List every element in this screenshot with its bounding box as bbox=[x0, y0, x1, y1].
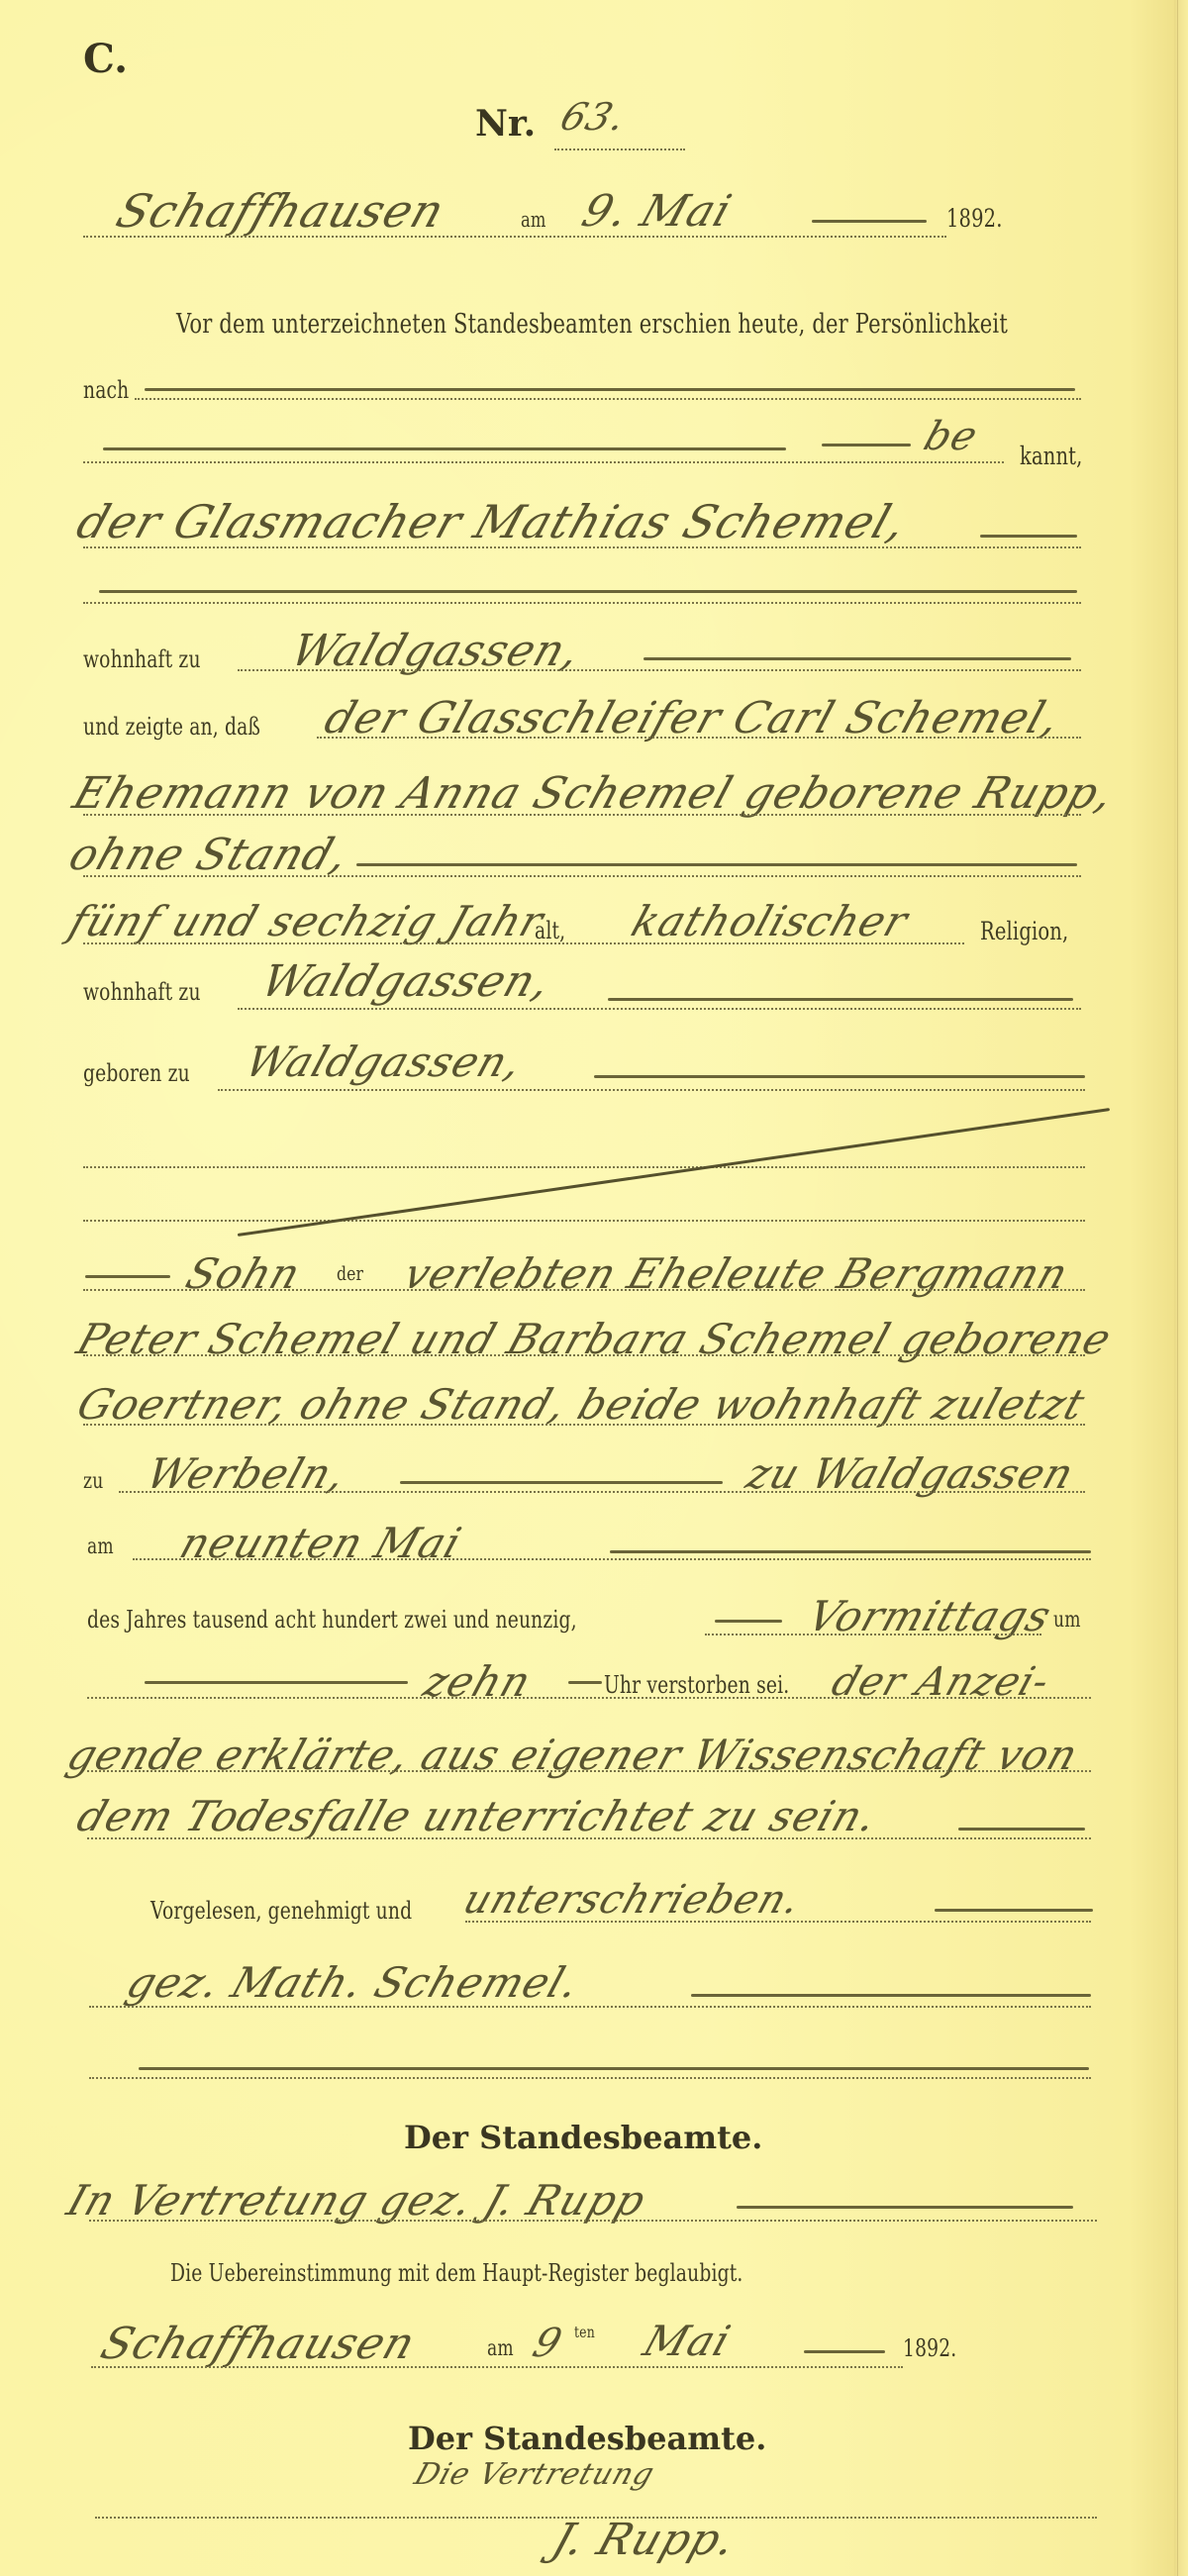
born-place-handwritten: Waldgassen, bbox=[240, 1038, 529, 1086]
deceased-residence-dotted bbox=[238, 1008, 1081, 1010]
religion-handwritten: katholischer bbox=[626, 897, 915, 945]
registrar-title: Der Standesbeamte. bbox=[404, 2119, 762, 2156]
number-dotted-line bbox=[554, 149, 685, 150]
zeigte-label: und zeigte an, daß bbox=[83, 713, 260, 741]
date-filler-rule bbox=[812, 220, 927, 223]
kannt-handwritten: be bbox=[919, 414, 984, 459]
um-label: um bbox=[1053, 1608, 1081, 1633]
cert-place-handwritten: Schaffhausen bbox=[95, 2319, 422, 2369]
time-dotted-line bbox=[705, 1634, 1041, 1635]
registrar-signature: In Vertretung gez. J. Rupp bbox=[61, 2176, 652, 2225]
cert-am-label: am bbox=[487, 2336, 514, 2361]
parents-lead-rule bbox=[85, 1275, 170, 1278]
deceased-line-3: ohne Stand, bbox=[63, 830, 355, 880]
cert-dotted-line bbox=[91, 2366, 903, 2368]
read-dotted-line bbox=[465, 1921, 1091, 1923]
page-fold bbox=[1177, 0, 1178, 2576]
religion-label: Religion, bbox=[980, 917, 1068, 945]
deceased-residence-label: wohnhaft zu bbox=[83, 978, 201, 1006]
statement-start: der Anzei- bbox=[827, 1659, 1056, 1705]
zu-label: zu bbox=[83, 1469, 103, 1494]
informant-residence-dotted bbox=[238, 669, 1081, 671]
deceased-rule-3 bbox=[356, 863, 1077, 866]
uhr-text: Uhr verstorben sei. bbox=[604, 1671, 789, 1699]
read-label: Vorgelesen, genehmigt und bbox=[150, 1897, 412, 1925]
deceased-residence-handwritten: Waldgassen, bbox=[255, 956, 557, 1007]
deceased-residence-rule bbox=[608, 998, 1073, 1001]
informant-handwritten: der Glasmacher Mathias Schemel, bbox=[70, 495, 914, 548]
blank-dotted-line-3 bbox=[83, 1220, 1085, 1222]
blank-rule-1 bbox=[99, 590, 1077, 593]
cert-title: Der Standesbeamte. bbox=[408, 2420, 766, 2457]
cert-signature-line-1: Die Vertretung bbox=[410, 2457, 658, 2492]
alt-label: alt, bbox=[535, 917, 565, 944]
date-handwritten: 9. Mai bbox=[576, 186, 739, 237]
cert-month-handwritten: Mai bbox=[638, 2317, 737, 2365]
born-rule bbox=[594, 1075, 1085, 1078]
parents-place-rule bbox=[400, 1481, 723, 1484]
year-filler-rule bbox=[715, 1620, 782, 1623]
deceased-dotted-3 bbox=[83, 875, 1081, 877]
born-label: geboren zu bbox=[83, 1059, 190, 1087]
deceased-dotted-1 bbox=[317, 737, 1081, 739]
year-printed: 1892. bbox=[946, 204, 1003, 233]
deceased-line-2: Ehemann von Anna Schemel geborene Rupp, bbox=[67, 768, 1121, 819]
diagonal-strike-line bbox=[238, 1108, 1110, 1237]
am-label-death: am bbox=[87, 1535, 114, 1559]
parents-place-dotted bbox=[119, 1491, 1085, 1493]
number-value: 63. bbox=[555, 95, 633, 139]
informant-dotted-line bbox=[83, 546, 1081, 548]
age-handwritten: fünf und sechzig Jahr bbox=[63, 897, 550, 945]
cert-month-rule bbox=[804, 2350, 885, 2353]
nach-dotted-line bbox=[135, 398, 1081, 400]
place-dotted-line bbox=[83, 236, 946, 238]
kannt-rule-2 bbox=[822, 444, 911, 446]
cert-year: 1892. bbox=[903, 2334, 956, 2362]
number-label: Nr. bbox=[475, 103, 536, 145]
nach-rule bbox=[145, 388, 1075, 391]
am-label: am bbox=[521, 208, 546, 232]
certification-text: Die Uebereinstimmung mit dem Haupt-Regis… bbox=[170, 2259, 743, 2287]
informant-signature: gez. Math. Schemel. bbox=[121, 1958, 586, 2007]
informant-signature-dotted bbox=[89, 2006, 1091, 2008]
read-value-handwritten: unterschrieben. bbox=[458, 1877, 807, 1923]
informant-rule bbox=[980, 535, 1077, 538]
kannt-dotted-line bbox=[83, 461, 1004, 463]
kannt-rule-1 bbox=[103, 447, 786, 450]
death-date-dotted bbox=[133, 1558, 1091, 1560]
cert-day-suffix: ten bbox=[574, 2323, 595, 2341]
cert-day-handwritten: 9 bbox=[528, 2321, 568, 2366]
informant-signature-rule bbox=[691, 1994, 1091, 1997]
intro-text: Vor dem unterzeichneten Standesbeamten e… bbox=[176, 309, 1008, 340]
nach-label: nach bbox=[83, 376, 129, 404]
place-handwritten: Schaffhausen bbox=[110, 184, 451, 238]
born-dotted-line bbox=[218, 1089, 1085, 1091]
age-dotted-line bbox=[83, 942, 964, 944]
statement-rule-3 bbox=[958, 1828, 1085, 1831]
parents-der-label: der bbox=[337, 1261, 363, 1285]
kannt-label: kannt, bbox=[1020, 442, 1083, 470]
cert-signature-line-2: J. Rupp. bbox=[546, 2515, 743, 2565]
statement-dotted-3 bbox=[87, 1837, 1091, 1839]
death-date-rule bbox=[610, 1550, 1091, 1553]
parents-dotted-1 bbox=[83, 1289, 1085, 1291]
informant-residence-rule bbox=[643, 657, 1071, 660]
blank-rule-final bbox=[139, 2067, 1089, 2070]
read-rule bbox=[935, 1909, 1093, 1912]
blank-dotted-line-1 bbox=[83, 602, 1081, 604]
parents-dotted-3 bbox=[83, 1424, 1085, 1426]
deceased-dotted-2 bbox=[83, 814, 1081, 816]
blank-dotted-final bbox=[89, 2077, 1091, 2079]
parents-line-3: Goertner, ohne Stand, beide wohnhaft zul… bbox=[71, 1380, 1091, 1429]
informant-residence-label: wohnhaft zu bbox=[83, 645, 201, 673]
hour-trail-rule bbox=[568, 1681, 602, 1684]
year-text: des Jahres tausend acht hundert zwei und… bbox=[87, 1606, 577, 1634]
hour-lead-rule bbox=[145, 1681, 408, 1684]
statement-dotted-2 bbox=[87, 1770, 1091, 1772]
blank-dotted-line-2 bbox=[83, 1166, 1085, 1168]
parents-dotted-2 bbox=[83, 1354, 1085, 1356]
series-letter: C. bbox=[83, 36, 128, 82]
registrar-dotted-line bbox=[89, 2220, 1097, 2222]
statement-line-3: dem Todesfalle unterrichtet zu sein. bbox=[71, 1792, 884, 1840]
registrar-rule bbox=[737, 2206, 1073, 2209]
